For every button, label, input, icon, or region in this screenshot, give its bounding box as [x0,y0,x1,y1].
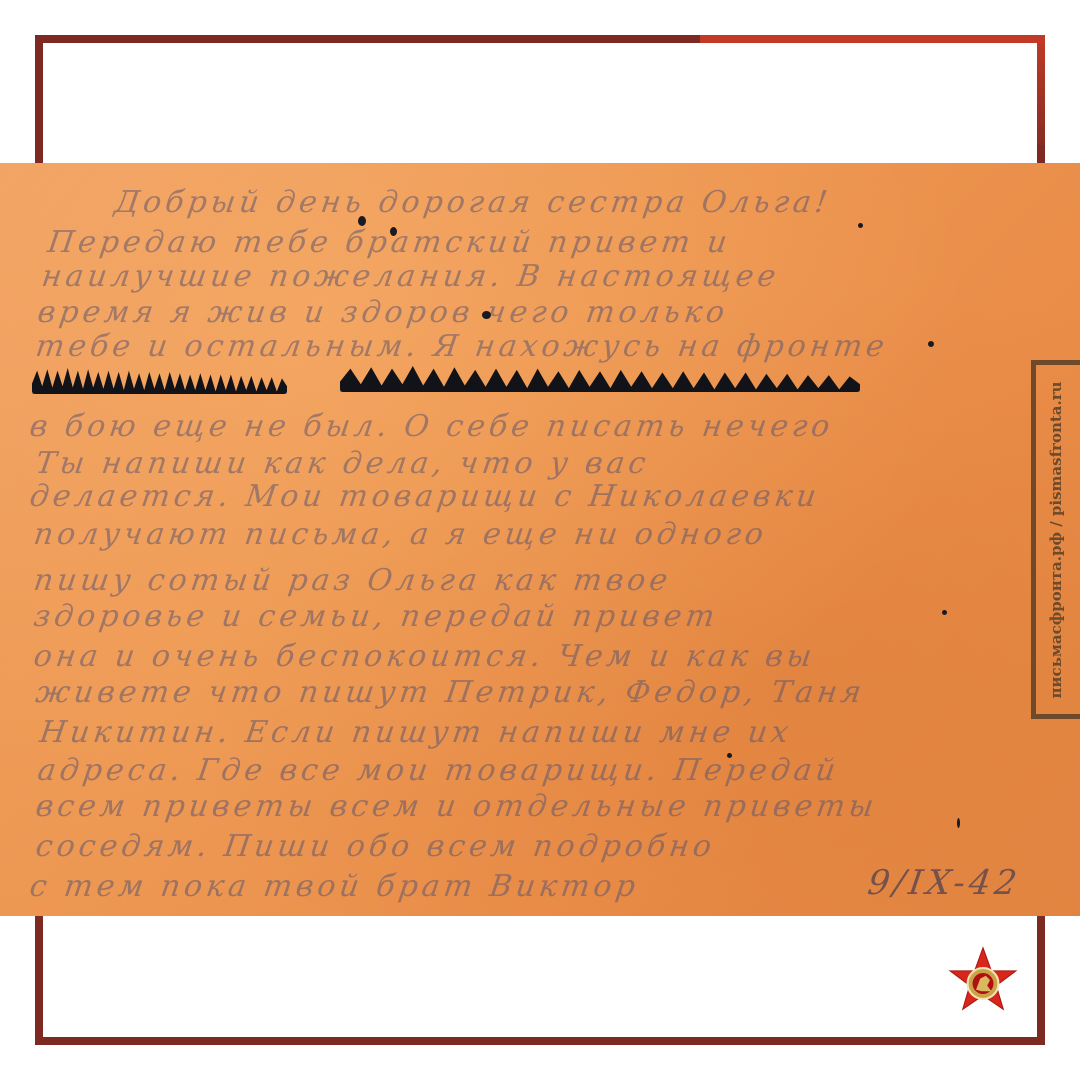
ink-spot [358,216,366,226]
letter-line: в бою еще не был. О себе писать нечего [28,409,836,444]
letter-date: 9/IX-42 [865,863,1023,903]
ink-spot [928,341,934,347]
ink-spot [390,227,397,236]
letter-line: Добрый день дорогая сестра Ольга! [113,185,834,220]
censor-redaction [32,368,287,394]
ink-spot [942,610,947,615]
letter-line: тебе и остальным. Я нахожусь на фронте [34,329,891,364]
decorative-frame-accent-right [1037,35,1045,145]
ink-spot [727,753,732,758]
letter-line: она и очень беспокоится. Чем и как вы [32,639,818,674]
letter-line: адреса. Где все мои товарищи. Передай [36,753,842,788]
letter-line: время я жив и здоров чего только [36,295,731,330]
ink-spot [858,223,863,228]
letter-scan: Добрый день дорогая сестра Ольга! Переда… [0,163,1080,916]
decorative-frame-accent [700,35,1045,43]
letter-line: здоровье и семьи, передай привет [32,599,721,634]
letter-line: Ты напиши как дела, что у вас [34,446,652,481]
censor-redaction [340,366,860,392]
letter-line: пишу сотый раз Ольга как твое [32,563,674,598]
letter-line: соседям. Пиши обо всем подробно [34,829,718,864]
letter-line: Никитин. Если пишут напиши мне их [38,715,795,750]
letter-line: получают письма, а я еще ни одного [32,517,770,552]
ink-spot [482,311,491,319]
letter-line: с тем пока твой брат Виктор [28,869,642,904]
letter-line: живете что пишут Петрик, Федор, Таня [34,675,868,710]
letter-line: всем приветы всем и отдельные приветы [34,789,880,824]
letter-line: наилучшие пожелания. В настоящее [40,259,782,294]
watermark-text: письмасфронта.рф / pismasfronta.ru [1047,381,1065,698]
ink-spot [957,818,960,828]
red-star-badge-icon [948,945,1018,1015]
letter-line: делается. Мои товарищи с Николаевки [28,479,823,514]
